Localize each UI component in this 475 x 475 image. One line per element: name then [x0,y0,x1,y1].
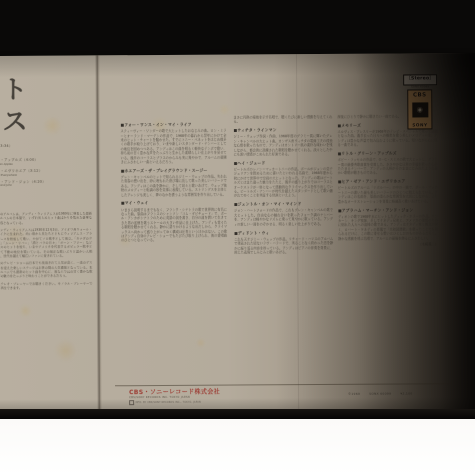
album-photo: ト ス （3:34） ） ン・アップルズ（4:00） reen Apples ド… [0,0,475,419]
track-row: ン・アップルズ（4:00） reen Apples [0,158,89,167]
copyright-code: ©1969 [348,392,360,396]
gatefold-fold-line [95,55,102,413]
track-title-jp: ） [0,151,89,156]
photo-stage: ト ス （3:34） ） ン・アップルズ（4:00） reen Apples ド… [0,0,475,475]
company-line3-text: MFD. BY CBS/SONY RECORDS INC., TOKYO, JA… [136,400,201,403]
track-title-en: in And John [0,184,89,188]
liner-section-title: ■マイ・ウェイ [121,201,227,206]
liner-column-3: 深夜にひとりで静かに聴きたい一曲である。 ■メモリーズ エルヴィス・プレスリーが… [337,114,438,247]
liner-section-body: エルヴィス・プレスリーが1968年のテレビ・スペシャルで歌って話題となった曲。過… [337,129,437,147]
track-row: （3:34） [0,143,89,148]
title-char: ス [2,106,27,138]
cbs-logo-text: CBS [413,92,426,98]
liner-section-body: ボビー・ラッセルの作品で、O・C・スミスの歌で大ヒットし、グラミー賞の最優秀歌曲… [338,158,438,176]
liner-continuation: まさに円熟の境地を示す名唱で、聴くたびに新しい感動を与えてくれる。 [233,115,332,124]
liner-section-title: ■アブラハム・マーチン・アンド・ジョン [338,208,438,213]
liner-section-title: ■ウィチタ・ラインマン [233,128,332,133]
notes-paragraph: アンディ・ウィリアムスは1930年12月3日、アイオワ州ウォール・レイクに生まれ… [0,227,92,258]
page-white-margin [0,419,475,475]
liner-section-title: ■ジェントル・オン・マイ・マインド [234,202,333,207]
company-block: CBS・ソニーレコード株式会社 CBS/SONY RECORDS INC. TO… [129,389,220,405]
track-title-jp: （3:34） [0,143,89,148]
liner-column-2: まさに円熟の境地を示す名唱で、聴くたびに新しい感動を与えてくれる。 ■ウィチタ・… [233,115,333,255]
liner-section-title: ■ホエアーズ・ザ・プレイグラウンド・スージー [121,168,227,173]
left-panel-notes: このアルバムは、アンディ・ウィリアムスが1969年に発表した最新アルバムの日本盤… [0,211,92,293]
record-icon [412,103,428,118]
liner-section-body: グレン・キャンベルのヒットで知られるジミー・ウェッブの作品。失われた青春の想い出… [121,175,227,198]
liner-section-title: ■ヒア・ゼア・アンド・エヴリホエア [338,180,438,185]
liner-section-title: ■ヘイ・ジュード [234,161,333,166]
trademark-icon [129,400,134,405]
liner-column-1: ■フォー・ワンス・イン・マイ・ライフ スティーヴィー・ワンダーの歌で大ヒットした… [120,123,227,243]
price: ¥2,100 [400,391,412,395]
catalog-number: SONX 60099 [369,392,391,396]
sony-logo-text: SONY [412,122,427,127]
vinyl-disc-icon [414,104,425,115]
liner-section-body: ビートルズのアルバム「リボルバー」の中の一曲で、ポール・マッカートニーの書いた最… [338,186,438,204]
liner-section-body: ディオンの歌で1968年末にヒットしたディック・ホラーの作品。リンカーン、キング… [338,214,438,241]
photo-background-floor [0,409,475,419]
stereo-badge: 〔Stereo〕 SONX 60099 [403,74,437,89]
track-title-en: reen Apples [0,162,89,166]
company-line3: MFD. BY CBS/SONY RECORDS INC., TOKYO, JA… [129,399,220,405]
notes-paragraph: ステレオ・プレーヤーでお聴きください。モノラル・プレーヤーでも再生できます。 [0,281,92,290]
catalog-codes: ©1969 SONX 60099 ¥2,100 [348,391,458,396]
notes-paragraph: このアルバムは、アンディ・ウィリアムスが1969年に発表した最新アルバムの日本盤… [0,211,92,225]
cbs-sony-logo: CBS SONY [407,89,432,129]
notes-paragraph: 彼のテレビ・ショーは日本でも放送されて人気が高く、一流のゲストを迎えた楽しいステ… [0,261,92,279]
liner-section-body: これも天才ジミー・ウェッブの作品。リチャード・ハリスのアルバムで発表された切ない… [234,237,333,255]
liner-section-title: ■ディドント・ウィ [234,231,333,236]
track-title-en: nd Everywhere [0,173,89,177]
track-row: ン・アンド・ジョン（4:20） in And John [0,179,89,188]
liner-credit: （木崎義二） [338,242,438,247]
liner-section-body: スティーヴィー・ワンダーの歌で大ヒットしたおなじみの曲。ロン・ミラーとオーランド… [120,129,226,165]
divider-line [115,383,451,386]
title-char: ト [2,74,27,106]
liner-section-body: ビートルズのレノン＝マッカートニーの作品。ポールがジョンの息子ジュリアンを慰める… [234,167,333,198]
track-row: ） [0,151,89,156]
track-row: ド・エヴリホエア（3:12） nd Everywhere [0,168,89,177]
liner-section-title: ■リトル・グリーン・アップルズ [338,151,438,156]
album-title-fragment: ト ス [2,74,27,138]
stereo-label: 〔Stereo〕 [403,74,437,85]
liner-section-body: いまさら説明するまでもなく、フランク・シナトラの歌で世界的に有名になった曲。原曲… [121,207,227,243]
liner-section-body: ジミー・ウェッブ作詞・作曲、1968年度のグラミー賞に輝いたグレン・キャンベルの… [233,134,332,157]
album-back-cover: ト ス （3:34） ） ン・アップルズ（4:00） reen Apples ド… [0,53,475,414]
liner-section-title: ■フォー・ワンス・イン・マイ・ライフ [120,123,226,128]
liner-section-body: ジョン・ハートフォードの作品で、これもグレン・キャンベルの歌で大ヒットした。自由… [234,208,333,226]
track-list: （3:34） ） ン・アップルズ（4:00） reen Apples ド・エヴリ… [0,143,89,190]
